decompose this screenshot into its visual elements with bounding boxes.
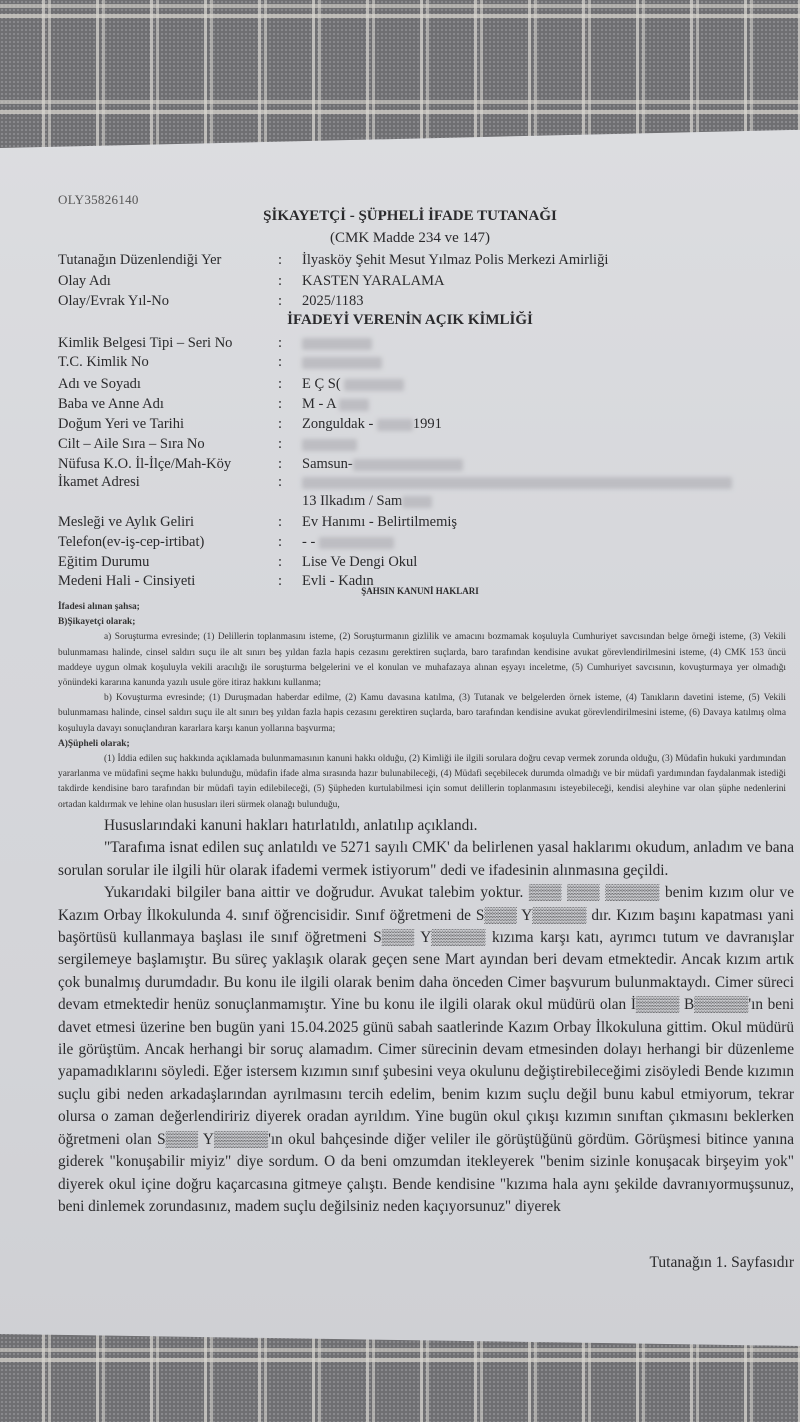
statement-document: OLY35826140 ŞİKAYETÇİ - ŞÜPHELİ İFADE TU…: [0, 130, 800, 1350]
redacted-value: [339, 399, 369, 411]
redacted-value: [402, 496, 432, 508]
redacted-value: [319, 537, 394, 549]
field-id-document: Kimlik Belgesi Tipi – Seri No:: [58, 335, 372, 352]
field-parents: Baba ve Anne Adı:M - A: [58, 396, 369, 413]
redacted-value: [377, 419, 413, 431]
statement-paragraph: Hususlarındaki kanuni hakları hatırlatıl…: [58, 815, 794, 837]
field-address-line2: 13 Ilkadım / Sam: [302, 493, 432, 510]
field-location: Tutanağın Düzenlendiği Yer:İlyasköy Şehi…: [58, 252, 608, 269]
field-registry-place: Nüfusa K.O. İl-İlçe/Mah-Köy:Samsun-: [58, 456, 463, 473]
field-occupation: Mesleği ve Aylık Geliri:Ev Hanımı - Beli…: [58, 514, 457, 531]
page-footer: Tutanağın 1. Sayfasıdır: [649, 1254, 794, 1272]
redacted-value: [302, 477, 732, 489]
legal-rights-title: ŞAHSIN KANUNİ HAKLARI: [0, 586, 800, 596]
redacted-value: [302, 439, 357, 451]
statement-paragraph: Yukarıdaki bilgiler bana aittir ve doğru…: [58, 882, 794, 1218]
document-id: OLY35826140: [58, 192, 139, 208]
redacted-value: [353, 459, 463, 471]
field-education: Eğitim Durumu:Lise Ve Dengi Okul: [58, 554, 417, 571]
legal-rights-text: İfadesi alınan şahsa; B)Şikayetçi olarak…: [58, 600, 786, 813]
field-address: İkamet Adresi:: [58, 474, 732, 491]
document-subtitle: (CMK Madde 234 ve 147): [0, 230, 800, 247]
field-tc-number: T.C. Kimlik No:: [58, 354, 382, 371]
field-registry: Cilt – Aile Sıra – Sıra No:: [58, 436, 357, 453]
redacted-value: [302, 357, 382, 369]
field-case-number: Olay/Evrak Yıl-No:2025/1183: [58, 293, 364, 310]
redacted-value: [302, 338, 372, 350]
identity-section-title: İFADEYİ VERENİN AÇIK KİMLİĞİ: [0, 312, 800, 329]
field-full-name: Adı ve Soyadı:E Ç S(: [58, 376, 404, 393]
field-phone: Telefon(ev-iş-cep-irtibat):- -: [58, 534, 394, 551]
redacted-value: [344, 379, 404, 391]
statement-paragraph: "Tarafıma isnat edilen suç anlatıldı ve …: [58, 837, 794, 882]
field-incident-name: Olay Adı:KASTEN YARALAMA: [58, 273, 444, 290]
document-title: ŞİKAYETÇİ - ŞÜPHELİ İFADE TUTANAĞI: [0, 208, 800, 225]
statement-body: Hususlarındaki kanuni hakları hatırlatıl…: [58, 815, 794, 1218]
field-birth: Doğum Yeri ve Tarihi:Zonguldak - 1991: [58, 416, 442, 433]
